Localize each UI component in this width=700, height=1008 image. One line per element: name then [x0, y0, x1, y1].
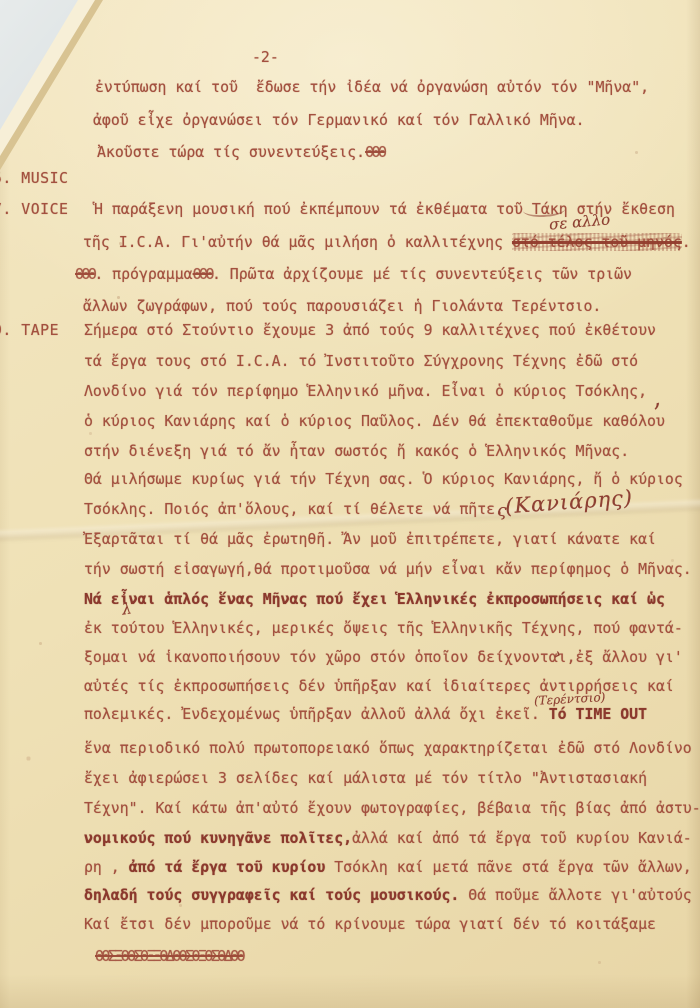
- typed-line: Λονδίνο γιά τόν περίφημο Ἑλληνικό μῆνα. …: [84, 382, 647, 400]
- struck-out-text: ΘΘΣΞΘΘΣΘΞΞΘΔΘΘΣΘΞΘΣΘΔΘΘ: [95, 947, 243, 965]
- typed-line: Τσόκλης. Ποιός ἀπ'ὅλους, καί τί θέλετε ν…: [84, 500, 504, 518]
- typed-line: ρη , ἀπό τά ἔργα τοῦ κυρίου Τσόκλη καί μ…: [84, 858, 692, 876]
- typed-line: ἔχει ἀφιερώσει 3 σελίδες καί μάλιστα μέ …: [84, 769, 647, 787]
- typed-text-bold: Τό TIME OUT: [549, 705, 647, 723]
- typed-line: πολεμικές. Ἐνδεχομένως ὑπῆρξαν ἀλλοῦ ἀλλ…: [84, 705, 647, 723]
- typed-line: τῆς I.C.A. Γι'αὐτήν θά μᾶς μιλήση ὁ καλλ…: [83, 233, 691, 251]
- typed-line: Σήμερα στό Στούντιο ἔχουμε 3 ἀπό τούς 9 …: [84, 321, 656, 339]
- cue-label-music: 5. MUSIC: [0, 169, 69, 187]
- struck-out-text: ΘΘΘ: [365, 143, 384, 161]
- struck-out-text: ΘΘΘ: [193, 265, 212, 283]
- typed-text: ἀλλά καί ἀπό τά ἔργα τοῦ κυρίου Κανιά-: [352, 829, 692, 847]
- typed-line: ὁ κύριος Κανιάρης καί ὁ κύριος Παῦλος. Δ…: [84, 412, 665, 430]
- typed-text: . Πρῶτα ἀρχίζουμε μέ τίς συνεντεύξεις τῶ…: [212, 265, 632, 283]
- typed-line: Καί ἔτσι δέν μποροῦμε νά τό κρίνουμε τώρ…: [84, 915, 656, 933]
- typed-line: ξομαι νά ἱκανοποιήσουν τόν χῶρο στόν ὁπο…: [84, 648, 683, 666]
- typed-line: Ἀκοῦστε τώρα τίς συνεντεύξεις.ΘΘΘ: [97, 143, 384, 161]
- typed-text: Ἀκοῦστε τώρα τίς συνεντεύξεις.: [97, 143, 365, 161]
- typed-line: Τέχνη". Καί κάτω ἀπ'αὐτό ἔχουν φωτογραφί…: [84, 799, 700, 817]
- typed-line-bold: Νά εἶναι ἁπλός ἕνας Μῆνας πού ἔχει Ἑλλην…: [84, 590, 665, 608]
- handwritten-insert-caret: λ: [121, 599, 133, 618]
- typed-line: ἕνα περιοδικό πολύ πρωτοπορειακό ὅπως χα…: [84, 739, 692, 757]
- typed-text: Θά ποῦμε ἄλλοτε γι'αὐτούς: [459, 886, 691, 904]
- typed-line: ἄλλων ζωγράφων, πού τούς παρουσιάζει ἡ Γ…: [83, 297, 601, 315]
- typed-text-bold: δηλαδή τούς συγγραφεῖς καί τούς μουσικού…: [84, 886, 459, 904]
- typed-line: τά ἔργα τους στό I.C.A. τό Ἰνστιτοῦτο Σύ…: [84, 352, 638, 370]
- typed-line: νομικούς πού κυνηγᾶνε πολῖτες,ἀλλά καί ἀ…: [84, 829, 692, 847]
- typed-line: Θά μιλήσωμε κυρίως γιά τήν Τέχνη σας. Ὁ …: [84, 470, 683, 488]
- cue-label-voice: 7. VOICE: [0, 200, 69, 218]
- typed-text: ρη ,: [84, 858, 129, 876]
- typed-line: ΘΘΣΞΘΘΣΘΞΞΘΔΘΘΣΘΞΘΣΘΔΘΘ: [95, 947, 243, 965]
- typed-text: Τσόκλη καί μετά πᾶνε στά ἔργα τῶν ἄλλων,: [325, 858, 691, 876]
- typed-text: .: [682, 233, 691, 251]
- paper-speckles: [0, 0, 1, 1]
- typed-line: τήν σωστή εἰσαγωγή,θά προτιμοῦσα νά μήν …: [84, 560, 692, 578]
- typed-text: τῆς I.C.A. Γι'αὐτήν θά μᾶς μιλήση ὁ καλλ…: [83, 233, 512, 251]
- typed-line: στήν διένεξη γιά τό ἄν ἦταν σωστός ἤ κακ…: [84, 442, 629, 460]
- typed-line: Ἐξαρτᾶται τί θά μᾶς ἐρωτηθῆ. Ἄν μοῦ ἐπιτ…: [84, 530, 656, 548]
- typed-line: ἐντύπωση καί τοῦ ἔδωσε τήν ἰδέα νά ὀργαν…: [95, 78, 649, 96]
- typed-line: ἐκ τούτου Ἑλληνικές, μερικές ὄψεις τῆς Ἑ…: [84, 619, 683, 637]
- handwritten-note-move: σε αλλο: [548, 210, 611, 233]
- scribbled-out-text: στό τέλος τοῦ μηνός: [512, 233, 682, 251]
- typed-text: . πρόγραμμα: [94, 265, 192, 283]
- scanned-typewritten-page: -2- ἐντύπωση καί τοῦ ἔδωσε τήν ἰδέα νά ὀ…: [0, 0, 700, 1008]
- typed-text-bold: νομικούς πού κυνηγᾶνε πολῖτες,: [84, 829, 352, 847]
- typed-text-bold: ἀπό τά ἔργα τοῦ κυρίου: [129, 858, 326, 876]
- typed-line: δηλαδή τούς συγγραφεῖς καί τούς μουσικού…: [84, 886, 692, 904]
- cue-label-tape: 9. TAPE: [0, 321, 59, 339]
- handwritten-comma: ,: [649, 384, 662, 413]
- page-number: -2-: [252, 48, 279, 66]
- typed-text: πολεμικές. Ἐνδεχομένως ὑπῆρξαν ἀλλοῦ ἀλλ…: [84, 705, 549, 723]
- typed-line: ἀφοῦ εἶχε ὀργανώσει τόν Γερμανικό καί τό…: [93, 111, 585, 129]
- typed-line: ΘΘΘ. πρόγραμμαΘΘΘ. Πρῶτα ἀρχίζουμε μέ τί…: [75, 265, 632, 283]
- struck-out-text: ΘΘΘ: [75, 265, 94, 283]
